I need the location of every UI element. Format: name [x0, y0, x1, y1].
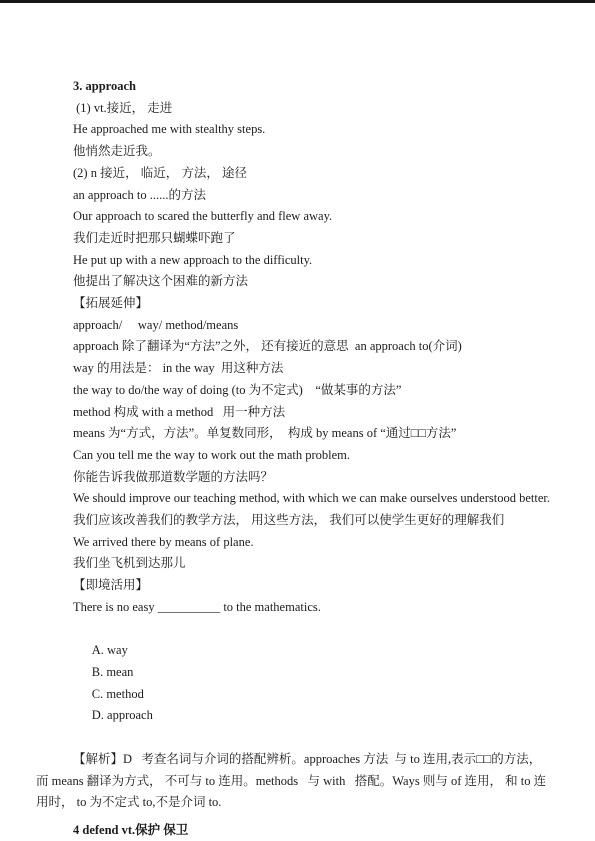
option-d: D. approach — [92, 705, 153, 727]
example-sentence-en: He approached me with stealthy steps. — [36, 119, 562, 141]
option-a: A. way — [92, 640, 202, 662]
option-c: C. method — [92, 684, 215, 706]
options-row: A. way B. mean C. method D. approach — [36, 619, 562, 749]
example-sentence-en: We arrived there by means of plane. — [36, 532, 562, 554]
practice-header: 【即境活用】 — [36, 575, 562, 597]
example-sentence-zh: 我们走近时把那只蝴蝶吓跑了 — [36, 228, 562, 250]
expansion-header: 【拓展延伸】 — [36, 293, 562, 315]
explanation-line: the way to do/the way of doing (to 为不定式)… — [36, 380, 562, 402]
analysis-line: 而 means 翻译为方式， 不可与 to 连用。methods 与 with … — [36, 771, 562, 793]
phrase-line: an approach to ......的方法 — [36, 185, 562, 207]
analysis-line: 【解析】D 考查名词与介词的搭配辨析。approaches 方法 与 to 连用… — [36, 749, 562, 771]
page-top-border — [0, 0, 595, 3]
explanation-line: way 的用法是： in the way 用这种方法 — [36, 358, 562, 380]
example-sentence-zh: 他提出了解决这个困难的新方法 — [36, 271, 562, 293]
explanation-line: approach 除了翻译为“方法”之外， 还有接近的意思 an approac… — [36, 336, 562, 358]
document-page: 3. approach (1) vt.接近， 走进 He approached … — [0, 0, 595, 841]
analysis-line: 用时， to 为不定式 to,不是介词 to. — [36, 792, 562, 814]
example-sentence-en: Our approach to scared the butterfly and… — [36, 206, 562, 228]
example-sentence-en: Can you tell me the way to work out the … — [36, 445, 562, 467]
example-sentence-zh: 我们应该改善我们的教学方法， 用这些方法， 我们可以使学生更好的理解我们 — [36, 510, 562, 532]
example-sentence-en: We should improve our teaching method, w… — [36, 488, 562, 510]
explanation-line: means 为“方式，方法”。单复数同形， 构成 by means of “通过… — [36, 423, 562, 445]
section-heading-defend: 4 defend vt.保护 保卫 — [36, 820, 562, 841]
example-sentence-zh: 他悄然走近我。 — [36, 141, 562, 163]
sense-line-2: (2) n 接近， 临近， 方法， 途径 — [36, 163, 562, 185]
sense-line-1: (1) vt.接近， 走进 — [36, 98, 562, 120]
option-b: B. mean — [92, 662, 192, 684]
example-sentence-en: He put up with a new approach to the dif… — [36, 250, 562, 272]
section-heading-approach: 3. approach — [36, 76, 562, 98]
document-content: 3. approach (1) vt.接近， 走进 He approached … — [36, 76, 562, 841]
question-line: There is no easy __________ to the mathe… — [36, 597, 562, 619]
example-sentence-zh: 你能告诉我做那道数学题的方法吗？ — [36, 467, 562, 489]
word-group-line: approach/ way/ method/means — [36, 315, 562, 337]
explanation-line: method 构成 with a method 用一种方法 — [36, 402, 562, 424]
example-sentence-zh: 我们坐飞机到达那儿 — [36, 553, 562, 575]
